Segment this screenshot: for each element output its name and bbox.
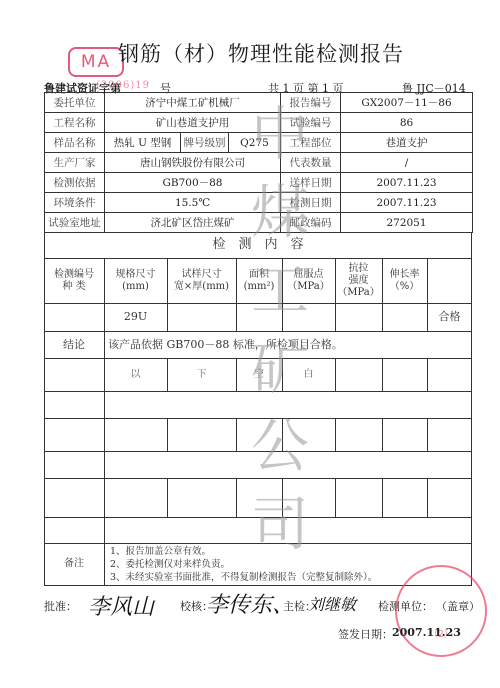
- test-date-label: 检测日期: [281, 193, 341, 213]
- report-no-label: 报告编号: [281, 93, 341, 113]
- row-spec: 29U: [104, 303, 167, 331]
- env-value: 15.5℃: [105, 193, 281, 213]
- report-no-value: GX2007－11－86: [341, 93, 473, 113]
- grade-label: 牌号级别: [181, 133, 229, 153]
- lab-value: 济北矿区岱庄煤矿: [105, 213, 281, 233]
- conclusion-label: 结论: [44, 331, 104, 358]
- conclusion-text: 该产品依据 GB700－88 标准，所检项目合格。: [108, 331, 468, 358]
- client-label: 委托单位: [45, 93, 105, 113]
- project-label: 工程名称: [45, 113, 105, 133]
- send-date-value: 2007.11.23: [341, 173, 473, 193]
- row-result: 合格: [427, 303, 472, 331]
- send-date-label: 送样日期: [281, 173, 341, 193]
- issue-date: 2007.11.23: [392, 626, 461, 639]
- page-title: 钢筋（材）物理性能检测报告: [118, 38, 404, 68]
- header-elongation: 伸长率 （%）: [382, 258, 427, 303]
- notes-label: 备注: [44, 543, 104, 585]
- grade-value: Q275: [229, 133, 281, 153]
- section-title: 检 测 内 容: [44, 232, 472, 258]
- cert-number-stamp: (2006)19: [96, 80, 150, 91]
- blank-mark-2: 下: [167, 358, 236, 391]
- part-label: 工程部位: [281, 133, 341, 153]
- header-test-no: 检测编号 种 类: [44, 258, 104, 303]
- header-yield: 屈服点 （MPa）: [282, 258, 335, 303]
- qty-value: /: [341, 153, 473, 173]
- unit-label: 检测单位：: [378, 598, 433, 614]
- blank-mark-4: 白: [282, 358, 335, 391]
- header-tensile: 抗拉 强度 （MPa）: [335, 258, 382, 303]
- note-1: 1、报告加盖公章有效。: [110, 545, 377, 558]
- zip-label: 邮政编码: [281, 213, 341, 233]
- maker-label: 生产厂家: [45, 153, 105, 173]
- header-area: 面积 (mm²): [236, 258, 282, 303]
- results-grid: 检 测 内 容 检测编号 种 类 规格尺寸 (mm) 试样尺寸 宽×厚(mm) …: [44, 232, 472, 585]
- client-value: 济宁中煤工矿机械厂: [105, 93, 281, 113]
- sample-value: 热轧 U 型钢: [105, 133, 181, 153]
- header-sample-size: 试样尺寸 宽×厚(mm): [167, 258, 236, 303]
- blank-mark-1: 以: [104, 358, 167, 391]
- approve-label: 批准：: [44, 598, 77, 614]
- info-table: 委托单位济宁中煤工矿机械厂报告编号GX2007－11－86 工程名称矿山巷道支护…: [44, 92, 473, 233]
- approve-signature: 李风山: [88, 590, 154, 621]
- zip-value: 272051: [341, 213, 473, 233]
- ma-stamp: MA: [68, 47, 124, 77]
- review-signature: 李传东、: [206, 588, 294, 619]
- part-value: 巷道支护: [341, 133, 473, 153]
- main-signature: 刘继敏: [308, 592, 356, 615]
- blank-mark-3: 空: [236, 358, 282, 391]
- sample-label: 样品名称: [45, 133, 105, 153]
- basis-label: 检测依据: [45, 173, 105, 193]
- note-3: 3、未经实验室书面批准，不得复制检测报告（完整复制除外）。: [110, 571, 377, 584]
- maker-value: 唐山钢铁股份有限公司: [105, 153, 281, 173]
- test-no-label: 试验编号: [281, 113, 341, 133]
- issue-label: 签发日期：: [338, 626, 393, 642]
- seal-label: （盖章）: [436, 598, 480, 614]
- test-no-value: 86: [341, 113, 473, 133]
- qty-label: 代表数量: [281, 153, 341, 173]
- basis-value: GB700－88: [105, 173, 281, 193]
- header-spec: 规格尺寸 (mm): [104, 258, 167, 303]
- note-2: 2、委托检测仅对来样负责。: [110, 558, 377, 571]
- project-value: 矿山巷道支护用: [105, 113, 281, 133]
- env-label: 环境条件: [45, 193, 105, 213]
- lab-label: 试验室地址: [45, 213, 105, 233]
- test-date-value: 2007.11.23: [341, 193, 473, 213]
